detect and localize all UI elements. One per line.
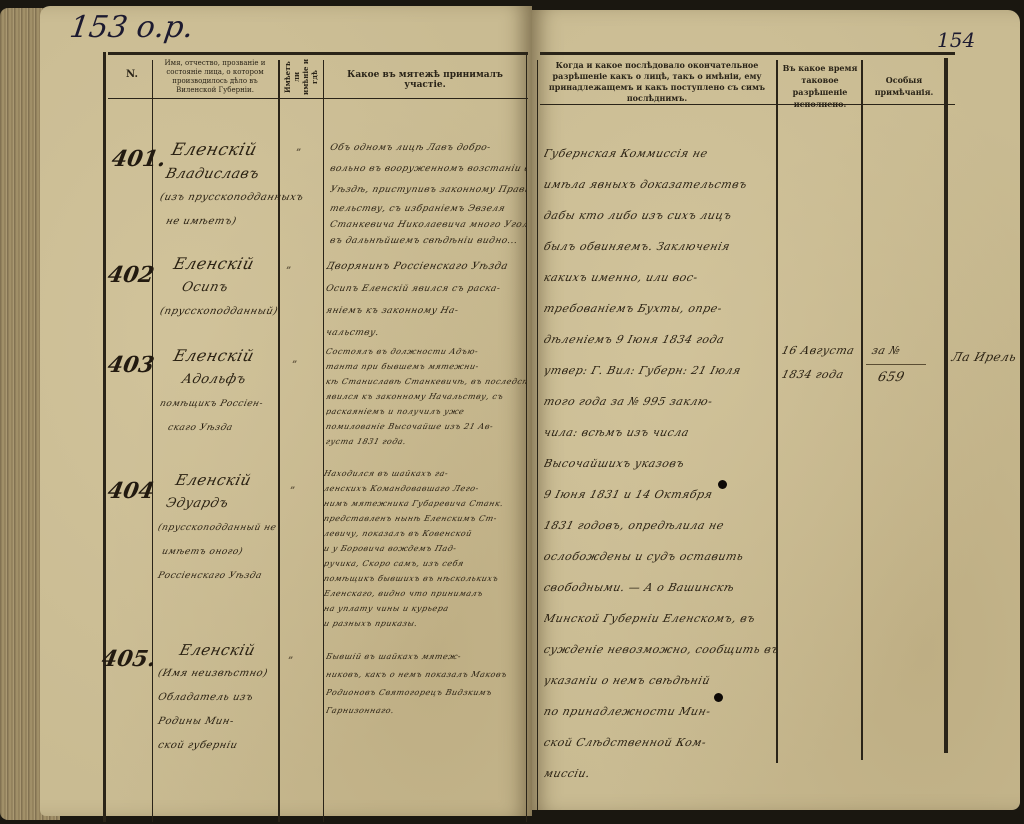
resolution-line: Минской Губерніи Еленскомъ, въ xyxy=(544,603,776,634)
part-line: Осипъ Еленскій явился съ раска- xyxy=(326,278,526,300)
entry-part: Бывшій въ шайкахъ мятеж- никовъ, какъ о … xyxy=(326,648,526,720)
entry-name: Еленскій Адольфъ помѣщикъ Россіен- скаго… xyxy=(160,344,263,440)
name-line: Родины Мин- xyxy=(155,710,270,734)
entry-number: 403 xyxy=(106,352,157,378)
part-line: яніемъ къ законному На- xyxy=(326,300,526,322)
part-line: Состоялъ въ должности Адъю- xyxy=(326,344,526,359)
resolution-line: какихъ именно, или вос- xyxy=(544,262,776,293)
header-part: Какое въ мятежѣ принималъ участіе. xyxy=(330,70,520,90)
entry-part: Дворянинъ Россіенскаго Уѣзда Осипъ Еленс… xyxy=(326,256,526,344)
part-line: Бывшій въ шайкахъ мятеж- xyxy=(326,648,526,666)
name-line: Еленскій xyxy=(173,468,297,492)
part-line: явился къ законному Начальству, съ xyxy=(326,389,526,404)
header-bottom-rule-left xyxy=(108,98,528,99)
resolution-line: дабы кто либо изъ сихъ лицъ xyxy=(544,200,776,231)
name-line: ской губерніи xyxy=(155,734,270,758)
entry-name: Еленскій Эдуардъ (прусскоподданный не им… xyxy=(158,468,276,588)
header-top-rule-right xyxy=(540,52,955,55)
open-ledger-book: 153 о.р. N. Имя, отчество, прозваніе и с… xyxy=(0,0,1024,824)
name-line: (изъ прусскоподданныхъ xyxy=(157,186,306,210)
resolution-line: чила: всѣмъ изъ числа xyxy=(544,417,776,448)
entry-part: Объ одномъ лицѣ Лавъ добро- вольно въ во… xyxy=(330,138,526,249)
part-line: представленъ нынѣ Еленскимъ Ст- xyxy=(324,511,526,526)
entry-part: Находился въ шайкахъ га- ленскихъ Команд… xyxy=(324,466,526,631)
resolution-line: имѣла явныхъ доказательствъ xyxy=(544,169,776,200)
col-divider-estate xyxy=(323,60,324,822)
name-line: (Имя неизвѣстно) xyxy=(155,662,270,686)
part-line: въ дальнѣйшемъ свѣдѣніи видно... xyxy=(330,233,526,249)
header-name: Имя, отчество, прозваніе и состояніе лиц… xyxy=(155,59,275,95)
ditto-mark: ” xyxy=(292,360,297,371)
executed-ref-line1: за № xyxy=(870,344,902,357)
executed-date-line2: 1834 года xyxy=(780,368,845,381)
part-line: помилованіе Высочайше изъ 21 Ав- xyxy=(326,419,526,434)
col-divider-number xyxy=(152,60,153,822)
name-line: (прусскоподданный не xyxy=(155,516,279,540)
resolution-line: дѣленіемъ 9 Іюня 1834 года xyxy=(544,324,776,355)
part-line: ручика, Скоро самъ, изъ себя xyxy=(324,556,526,571)
part-line: кѣ Станиславѣ Станкевичѣ, въ последствіи xyxy=(326,374,526,389)
ink-blot xyxy=(714,693,723,702)
part-line: Уѣздѣ, приступивъ законному Прави- xyxy=(330,180,526,201)
entry-name: Еленскій Владиславъ (изъ прусскоподданны… xyxy=(160,138,303,234)
part-line: ленскихъ Командовавшаго Лего- xyxy=(324,481,526,496)
resolution-line: сужденіе невозможно, сообщить въ xyxy=(544,634,776,665)
resolution-line: 9 Іюня 1831 и 14 Октября xyxy=(544,479,776,510)
resolution-line: былъ обвиняемъ. Заключенія xyxy=(544,231,776,262)
folio-number-right: 154 xyxy=(937,28,975,52)
part-line: помѣщикъ бывшихъ въ нѣсколькихъ xyxy=(324,571,526,586)
name-line: имѣетъ оного) xyxy=(159,540,283,564)
header-resolution: Когда и какое послѣдовало окончательное … xyxy=(540,60,774,104)
part-line: танта при бывшемъ мятежни- xyxy=(326,359,526,374)
name-line: не имѣетъ) xyxy=(163,210,312,234)
entry-number: 405. xyxy=(100,646,158,672)
part-line: раскаяніемъ и получилъ уже xyxy=(326,404,526,419)
resolution-line: Высочайшихъ указовъ xyxy=(544,448,776,479)
entry-number: 402 xyxy=(106,262,157,288)
header-bottom-rule-right xyxy=(540,104,955,105)
name-line: (прусскоподданный) xyxy=(157,300,280,324)
part-line: Станкевича Николаевича много Угол- xyxy=(330,217,526,233)
part-line: и разныхъ приказы. xyxy=(324,616,526,631)
ditto-mark: ” xyxy=(288,656,293,667)
notes-signature: Ла Ирель xyxy=(950,350,1018,364)
name-line: Еленскій xyxy=(177,638,292,662)
part-line: на уплату чины и курьера xyxy=(324,601,526,616)
name-line: Адольфъ xyxy=(179,368,288,392)
ditto-mark: ” xyxy=(290,486,295,497)
resolution-line: ской Слѣдственной Ком- xyxy=(544,727,776,758)
entry-name: Еленскій Осипъ (прусскоподданный) xyxy=(160,252,278,324)
name-line: Владиславъ xyxy=(163,162,312,186)
resolution-line: требованіемъ Бухты, опре- xyxy=(544,293,776,324)
resolution-line: по принадлежности Мин- xyxy=(544,696,776,727)
resolution-line: того года за № 995 заклю- xyxy=(544,386,776,417)
resolution-line: утвер: Г. Вил: Губерн: 21 Іюля xyxy=(544,355,776,386)
executed-date-line1: 16 Августа xyxy=(780,344,856,357)
part-line: Находился въ шайкахъ га- xyxy=(324,466,526,481)
part-line: чальству. xyxy=(326,322,526,344)
header-estate: Имѣетъ ли имѣніе и гдѣ xyxy=(283,58,321,96)
entry-name: Еленскій (Имя неизвѣстно) Обладатель изъ… xyxy=(158,638,267,758)
name-line: скаго Уѣзда xyxy=(165,416,274,440)
part-line: Гарнизоннаго. xyxy=(326,702,526,720)
resolution-line: указаніи о немъ свѣдѣній xyxy=(544,665,776,696)
name-line: Еленскій xyxy=(171,252,294,276)
resolution-line: миссіи. xyxy=(544,758,776,789)
part-line: Объ одномъ лицѣ Лавъ добро- xyxy=(330,138,526,159)
part-line: вольно въ вооруженномъ возстаніи въ Росс… xyxy=(330,159,526,180)
resolution-text: Губернская Коммиссія не имѣла явныхъ док… xyxy=(544,138,776,789)
right-border-thick-rule xyxy=(944,58,948,753)
name-line: Еленскій xyxy=(171,344,280,368)
folio-number-left: 153 о.р. xyxy=(68,10,196,45)
resolution-line: 1831 годовъ, опредѣлила не xyxy=(544,510,776,541)
ditto-mark: ” xyxy=(286,266,291,277)
part-line: левичу, показалъ въ Ковенской xyxy=(324,526,526,541)
entry-part: Состоялъ въ должности Адъю- танта при бы… xyxy=(326,344,526,449)
ref-underline xyxy=(866,364,926,365)
name-line: Осипъ xyxy=(179,276,302,300)
left-border-double-rule xyxy=(103,52,106,822)
part-line: Родионовъ Святогорецъ Видзкимъ xyxy=(326,684,526,702)
header-notes: Особыя примѣчанія. xyxy=(866,74,942,98)
part-line: густа 1831 года. xyxy=(326,434,526,449)
ink-blot xyxy=(718,480,727,489)
col-divider-resolution-left xyxy=(537,60,538,810)
resolution-line: свободными. — А о Вашинскѣ xyxy=(544,572,776,603)
header-top-rule-left xyxy=(108,52,528,55)
name-line: Эдуардъ xyxy=(163,492,287,516)
header-executed: Въ какое время таковое разрѣшеніе исполн… xyxy=(782,62,858,110)
header-number: N. xyxy=(118,70,146,80)
col-divider-executed xyxy=(861,60,863,760)
name-line: помѣщикъ Россіен- xyxy=(157,392,266,416)
name-line: Россіенскаго Уѣзда xyxy=(155,564,279,588)
part-line: Еленскаго, видно что принималъ xyxy=(324,586,526,601)
col-divider-resolution xyxy=(776,60,778,763)
name-line: Обладатель изъ xyxy=(155,686,270,710)
executed-ref-line2: 659 xyxy=(876,370,906,385)
col-divider-part xyxy=(526,52,527,822)
part-line: нимъ мятежника Губаревича Станк. xyxy=(324,496,526,511)
part-line: и у Боровича вождемъ Пад- xyxy=(324,541,526,556)
resolution-line: ослобождены и судъ оставить xyxy=(544,541,776,572)
part-line: никовъ, какъ о немъ показалъ Маковъ xyxy=(326,666,526,684)
part-line: тельству, съ избраніемъ Эвзеля xyxy=(330,201,526,217)
part-line: Дворянинъ Россіенскаго Уѣзда xyxy=(326,256,526,278)
resolution-line: Губернская Коммиссія не xyxy=(544,138,776,169)
entry-number: 404 xyxy=(106,478,157,504)
ditto-mark: ” xyxy=(296,148,301,159)
